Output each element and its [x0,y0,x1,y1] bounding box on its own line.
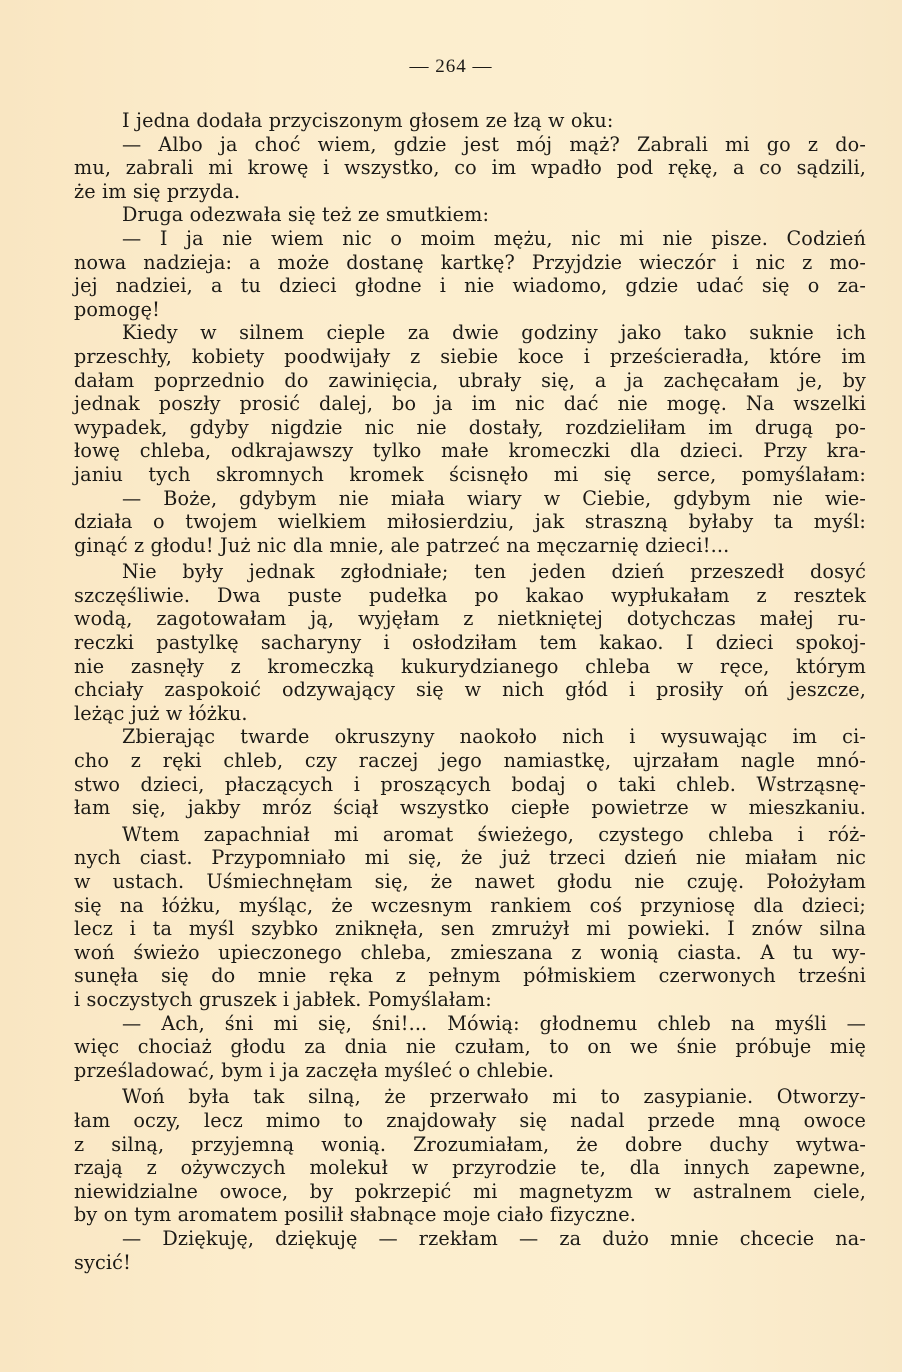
text-line: Woń była tak silną, że przerwało mi to z… [74,1085,866,1109]
text-line: lecz i ta myśl szybko zniknęła, sen zmru… [74,917,866,941]
book-page: — 264 — I jedna dodała przyciszonym głos… [0,0,902,1372]
text-line: łam się, jakby mróz ściął wszystko ciepł… [74,796,866,820]
text-line: nowa nadzieja: a może dostanę kartkę? Pr… [74,251,866,275]
text-line: janiu tych skromnych kromek ścisnęło mi … [74,463,866,487]
text-line: — Boże, gdybym nie miała wiary w Ciebie,… [74,487,866,511]
text-line: Druga odezwała się też ze smutkiem: [74,203,866,227]
text-line: sunęła się do mnie ręka z pełnym półmisk… [74,964,866,988]
text-line: wypadek, gdyby nigdzie nic nie dostały, … [74,416,866,440]
text-line: jej nadziei, a tu dzieci głodne i nie wi… [74,274,866,298]
text-line: stwo dzieci, płaczących i proszących bod… [74,773,866,797]
text-line: z silną, przyjemną wonią. Zrozumiałam, ż… [74,1133,866,1157]
text-line: Nie były jednak zgłodniałe; ten jeden dz… [74,560,866,584]
text-line: mu, zabrali mi krowę i wszystko, co im w… [74,156,866,180]
text-line: wodą, zagotowałam ją, wyjęłam z nietknię… [74,607,866,631]
text-line: się na łóżku, myśląc, że wczesnym rankie… [74,894,866,918]
text-line: — I ja nie wiem nic o moim mężu, nic mi … [74,227,866,251]
body-text: I jedna dodała przyciszonym głosem ze łz… [74,109,866,1274]
text-line: chciały zaspokoić odzywający się w nich … [74,678,866,702]
text-line: by on tym aromatem posilił słabnące moje… [74,1203,866,1227]
text-line: więc chociaż głodu za dnia nie czułam, t… [74,1035,866,1059]
text-line: reczki pastylkę sacharyny i osłodziłam t… [74,631,866,655]
text-line: nie zasnęły z kromeczką kukurydzianego c… [74,655,866,679]
text-line: — Dziękuję, dziękuję — rzekłam — za dużo… [74,1227,866,1251]
text-line: leżąc już w łóżku. [74,702,866,726]
text-line: działa o twojem wielkiem miłosierdziu, j… [74,510,866,534]
text-line: prześladować, bym i ja zaczęła myśleć o … [74,1059,866,1083]
text-line: niewidzialne owoce, by pokrzepić mi magn… [74,1180,866,1204]
text-line: Zbierając twarde okruszyny naokoło nich … [74,725,866,749]
text-line: I jedna dodała przyciszonym głosem ze łz… [74,109,866,133]
text-line: nych ciast. Przypomniało mi się, że już … [74,846,866,870]
text-line: pomogę! [74,298,866,322]
text-line: łowę chleba, odkrajawszy tylko małe krom… [74,439,866,463]
text-line: że im się przyda. [74,180,866,204]
text-line: łam oczy, lecz mimo to znajdowały się na… [74,1109,866,1133]
page-number: — 264 — [0,56,902,78]
text-line: Kiedy w silnem cieple za dwie godziny ja… [74,321,866,345]
text-line: cho z ręki chleb, czy raczej jego namias… [74,749,866,773]
text-line: jednak poszły prosić dalej, bo ja im nic… [74,392,866,416]
text-line: dałam poprzednio do zawinięcia, ubrały s… [74,369,866,393]
text-line: — Ach, śni mi się, śni!... Mówią: głodne… [74,1012,866,1036]
text-line: Wtem zapachniał mi aromat świeżego, czys… [74,823,866,847]
text-line: woń świeżo upieczonego chleba, zmieszana… [74,941,866,965]
text-line: w ustach. Uśmiechnęłam się, że nawet gło… [74,870,866,894]
text-line: — Albo ja choć wiem, gdzie jest mój mąż?… [74,133,866,157]
text-line: szczęśliwie. Dwa puste pudełka po kakao … [74,584,866,608]
text-line: przeschły, kobiety poodwijały z siebie k… [74,345,866,369]
text-line: sycić! [74,1251,866,1275]
text-line: ginąć z głodu! Już nic dla mnie, ale pat… [74,534,866,558]
text-line: rzają z ożywczych molekuł w przyrodzie t… [74,1156,866,1180]
text-line: i soczystych gruszek i jabłek. Pomyślała… [74,988,866,1012]
